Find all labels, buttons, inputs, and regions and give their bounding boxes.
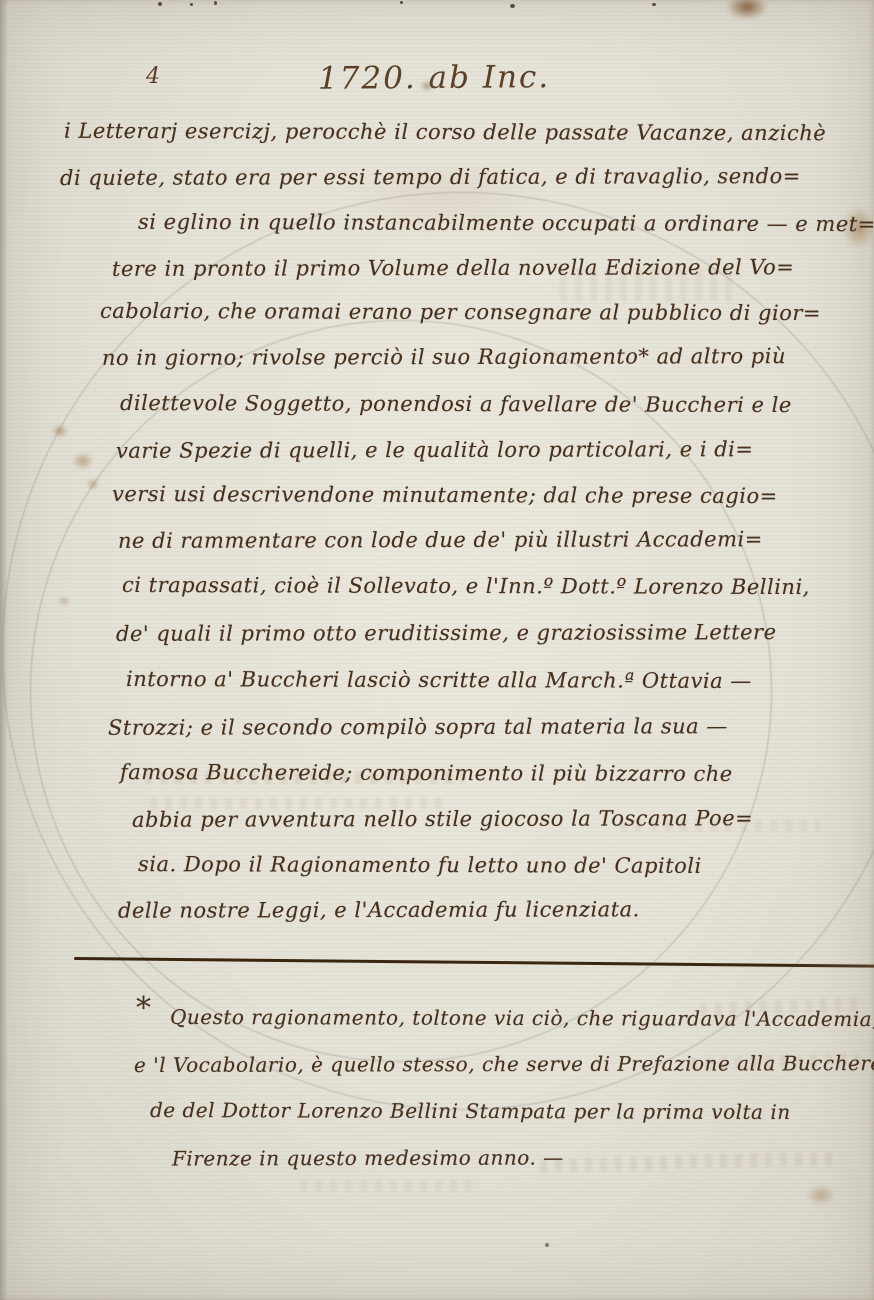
- manuscript-line: si eglino in quello instancabilmente occ…: [138, 210, 874, 236]
- paper-stain: [86, 478, 100, 490]
- manuscript-line: de' quali il primo otto eruditissime, e …: [116, 620, 777, 646]
- manuscript-line: dilettevole Soggetto, ponendosi a favell…: [120, 391, 792, 417]
- edge-speck: [510, 4, 515, 8]
- paper-stain: [58, 596, 70, 606]
- manuscript-line: famosa Bucchereide; componimento il più …: [120, 760, 733, 786]
- edge-speck: [545, 1243, 549, 1247]
- manuscript-line: i Letterarj esercizj, perocchè il corso …: [64, 119, 826, 145]
- page-header-date: 1720. ab Inc.: [318, 59, 550, 97]
- manuscript-line: ne di rammentare con lode due de' più il…: [118, 527, 763, 553]
- edge-speck: [214, 1, 217, 5]
- manuscript-page: 4 1720. ab Inc. i Letterarj esercizj, pe…: [0, 0, 874, 1300]
- footnote-line: de del Dottor Lorenzo Bellini Stampata p…: [150, 1098, 791, 1124]
- manuscript-line: intorno a' Buccheri lasciò scritte alla …: [126, 667, 752, 693]
- footnote-asterisk: *: [136, 991, 151, 1026]
- show-through-artifact: [540, 1151, 840, 1173]
- paper-stain: [72, 452, 94, 470]
- footnote-line: Questo ragionamento, toltone via ciò, ch…: [170, 1005, 874, 1031]
- manuscript-line: delle nostre Leggi, e l'Accademia fu lic…: [118, 897, 640, 922]
- manuscript-line: versi usi descrivendone minutamente; dal…: [112, 482, 778, 508]
- manuscript-line: no in giorno; rivolse perciò il suo Ragi…: [102, 344, 786, 370]
- manuscript-line: abbia per avventura nello stile giocoso …: [132, 806, 753, 832]
- manuscript-line: di quiete, stato era per essi tempo di f…: [60, 164, 801, 190]
- manuscript-line: varie Spezie di quelli, e le qualità lor…: [116, 437, 754, 463]
- manuscript-line: Strozzi; e il secondo compilò sopra tal …: [108, 714, 728, 740]
- paper-stain: [52, 424, 68, 438]
- edge-speck: [652, 3, 656, 6]
- edge-speck: [158, 2, 162, 6]
- edge-speck: [190, 3, 193, 6]
- manuscript-line: cabolario, che oramai erano per consegna…: [100, 299, 821, 325]
- ink-stain: [726, 0, 768, 20]
- show-through-artifact: [300, 1180, 480, 1192]
- paper-edge-shade: [0, 0, 8, 1300]
- page-number: 4: [146, 64, 160, 89]
- paper-stain: [806, 1184, 836, 1206]
- manuscript-line: sia. Dopo il Ragionamento fu letto uno d…: [138, 852, 702, 878]
- footnote-line: Firenze in questo medesimo anno. —: [172, 1145, 564, 1170]
- footnote-line: e 'l Vocabolario, è quello stesso, che s…: [134, 1051, 874, 1077]
- manuscript-line: ci trapassati, cioè il Sollevato, e l'In…: [122, 573, 810, 599]
- manuscript-line: tere in pronto il primo Volume della nov…: [112, 255, 794, 281]
- edge-speck: [400, 1, 403, 4]
